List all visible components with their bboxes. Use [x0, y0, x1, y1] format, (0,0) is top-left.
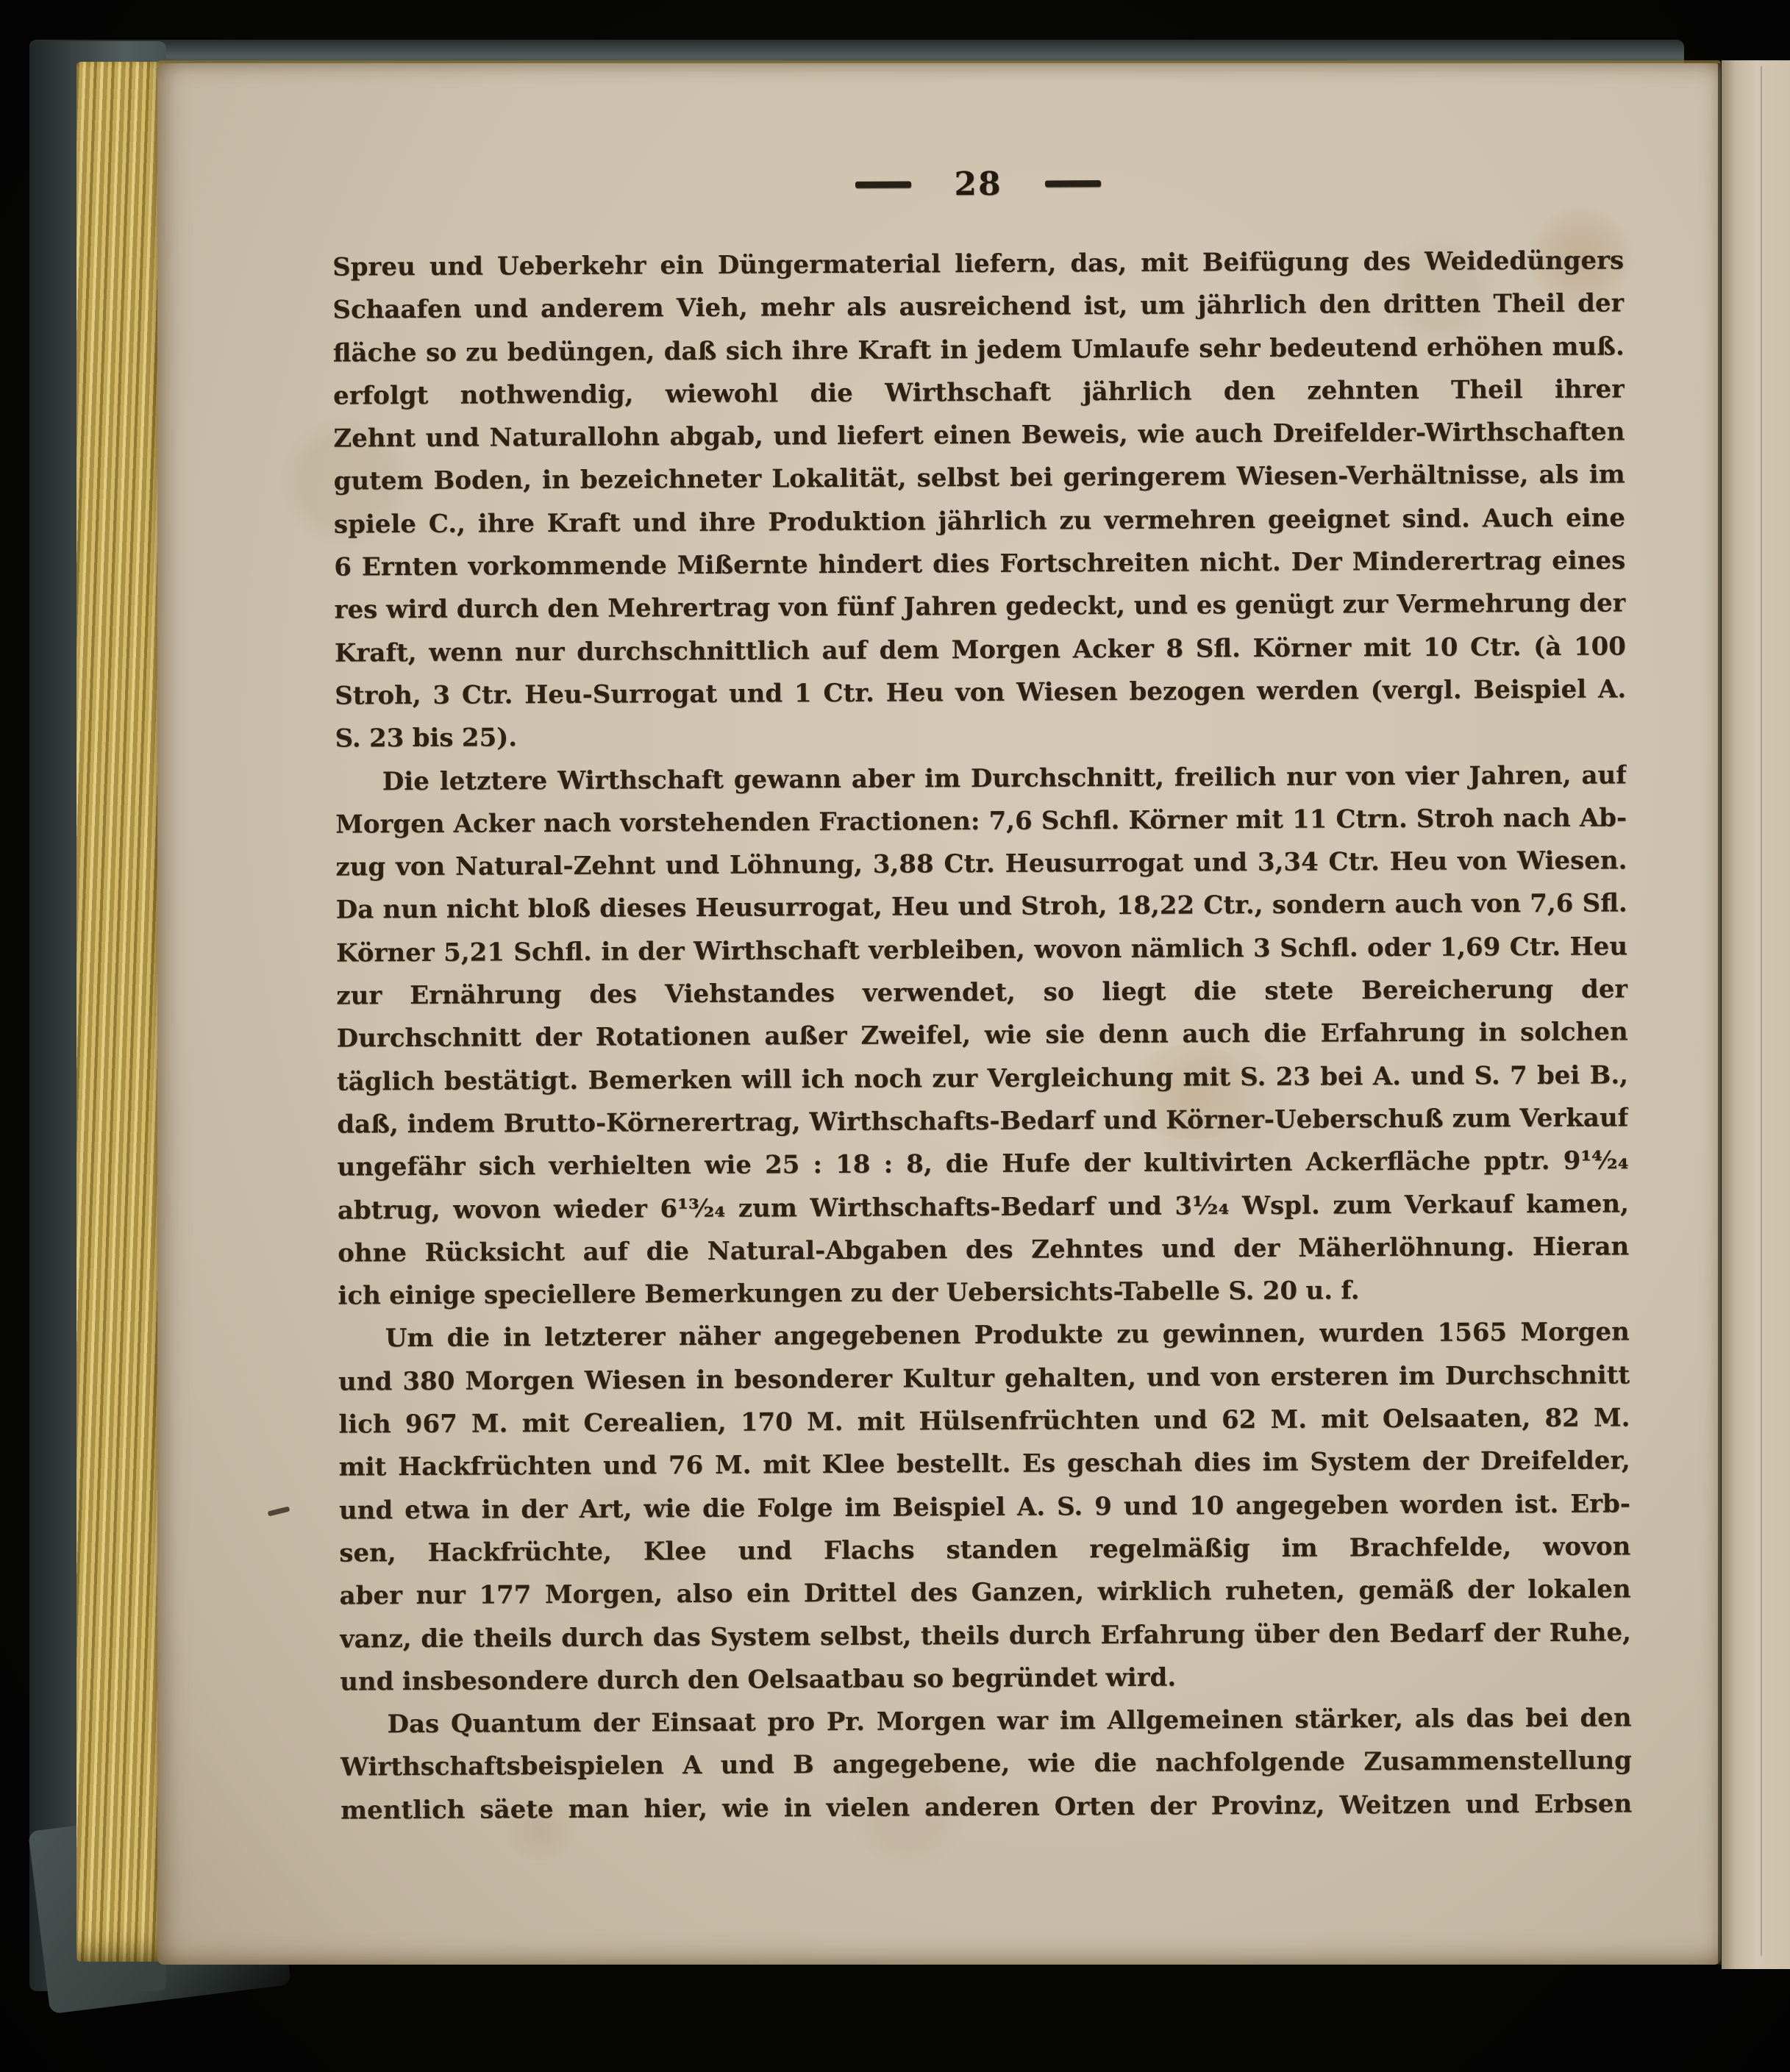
facing-page-crease: [1761, 66, 1762, 1956]
text-line: Schaafen und anderem Vieh, mehr als ausr…: [332, 282, 1624, 332]
text-line: und etwa in der Art, wie die Folge im Be…: [339, 1482, 1630, 1532]
text-line: ich einige speciellere Bemerkungen zu de…: [338, 1268, 1629, 1318]
text-line: Die letztere Wirthschaft gewann aber im …: [382, 754, 1627, 803]
text-line: fläche so zu bedüngen, daß sich ihre Kra…: [333, 325, 1625, 374]
text-line: lich 967 M. mit Cerealien, 170 M. mit Hü…: [338, 1396, 1630, 1446]
text-line: Stroh, 3 Ctr. Heu-Surrogat und 1 Ctr. He…: [335, 668, 1626, 717]
header-right-dash: [1045, 180, 1101, 187]
text-line: mit Hackfrüchten und 76 M. mit Klee best…: [339, 1440, 1630, 1489]
text-line: ohne Rücksicht auf die Natural-Abgaben d…: [338, 1225, 1629, 1274]
text-line: zug von Natural-Zehnt und Löhnung, 3,88 …: [335, 840, 1627, 889]
text-line: erfolgt nothwendig, wiewohl die Wirthsch…: [333, 368, 1625, 417]
text-line: zur Ernährung des Viehstandes verwendet,…: [336, 968, 1627, 1017]
text-line: und 380 Morgen Wiesen in besonderer Kult…: [338, 1354, 1630, 1403]
facing-page-sliver: [1722, 60, 1790, 1969]
text-line: Spreu und Ueberkehr ein Düngermaterial l…: [332, 239, 1624, 288]
text-line: aber nur 177 Morgen, also ein Drittel de…: [339, 1568, 1630, 1618]
text-block: Spreu und Ueberkehr ein Düngermaterial l…: [332, 239, 1632, 1832]
text-line: S. 23 bis 25).: [335, 711, 1626, 760]
gilded-page-edges: [76, 62, 160, 1962]
text-line: Da nun nicht bloß dieses Heusurrogat, He…: [336, 882, 1627, 932]
text-line: Körner 5,21 Schfl. in der Wirthschaft ve…: [336, 925, 1627, 974]
text-line: Durchschnitt der Rotationen außer Zweife…: [337, 1011, 1628, 1060]
text-line: abtrug, wovon wieder 6¹³⁄₂₄ zum Wirthsch…: [338, 1182, 1629, 1232]
text-line: Morgen Acker nach vorstehenden Fractione…: [335, 796, 1627, 846]
text-line: Kraft, wenn nur durchschnittlich auf dem…: [335, 625, 1626, 674]
text-line: ungefähr sich verhielten wie 25 : 18 : 8…: [337, 1140, 1628, 1189]
text-line: und insbesondere durch den Oelsaatbau so…: [340, 1654, 1631, 1703]
text-line: gutem Boden, in bezeichneter Lokalität, …: [334, 454, 1625, 503]
text-line: Das Quantum der Einsaat pro Pr. Morgen w…: [387, 1696, 1631, 1746]
text-line: spiele C., ihre Kraft und ihre Produktio…: [334, 496, 1625, 546]
text-line: Um die in letzterer näher angegebenen Pr…: [385, 1311, 1630, 1360]
text-line: täglich bestätigt. Bemerken will ich noc…: [337, 1054, 1628, 1103]
text-line: Wirthschaftsbeispielen A und B angegeben…: [340, 1740, 1632, 1789]
page-header: 28: [332, 157, 1624, 210]
text-line: daß, indem Brutto-Körnerertrag, Wirthsch…: [337, 1096, 1628, 1146]
text-line: Zehnt und Naturallohn abgab, und liefert…: [333, 411, 1625, 460]
text-line: mentlich säete man hier, wie in vielen a…: [340, 1782, 1632, 1832]
text-line: 6 Ernten vorkommende Mißernte hindert di…: [334, 539, 1625, 588]
header-left-dash: [855, 181, 911, 187]
text-line: sen, Hackfrüchte, Klee und Flachs stande…: [339, 1525, 1630, 1574]
text-line: vanz, die theils durch das System selbst…: [340, 1611, 1631, 1660]
book-scan: 28 Spreu und Ueberkehr ein Düngermateria…: [0, 0, 1790, 2072]
page-number: 28: [954, 165, 1002, 202]
text-line: res wird durch den Mehrertrag von fünf J…: [334, 582, 1625, 632]
